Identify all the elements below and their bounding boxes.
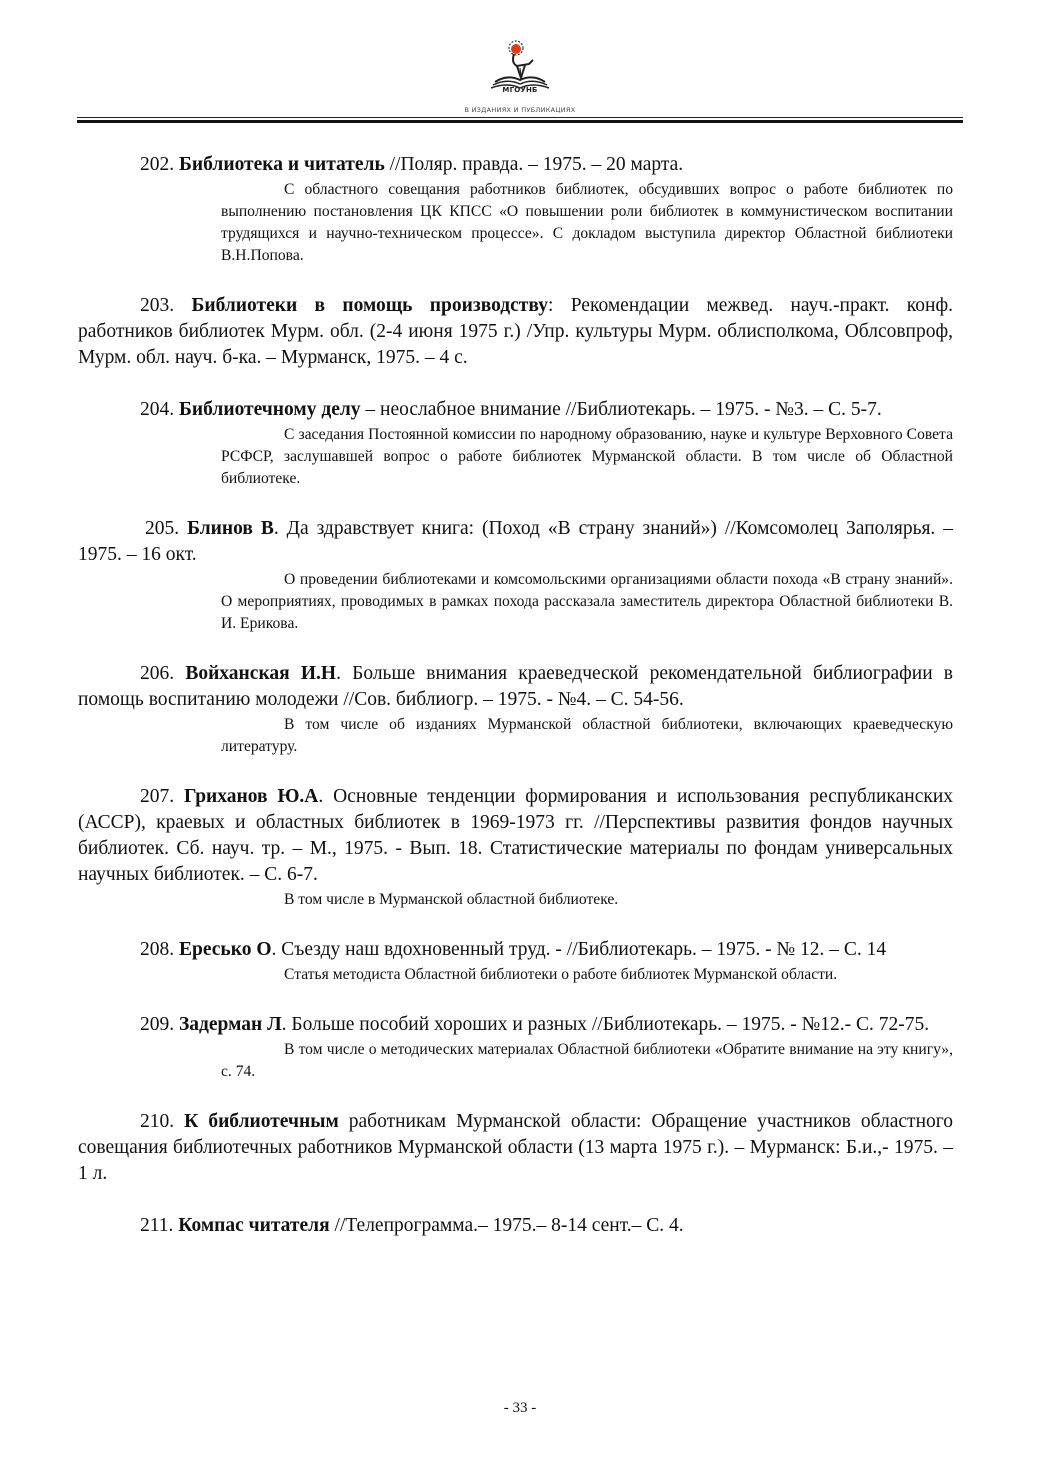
entry-title-bold: Библиотеки в помощь производству (191, 295, 548, 316)
entry-citation: 202. Библиотека и читатель //Поляр. прав… (78, 152, 953, 178)
entry-number: 202. (140, 154, 174, 175)
entry-annotation: О проведении библиотеками и комсомольски… (221, 569, 953, 635)
header-rule-thin (77, 117, 963, 118)
entry-details: //Поляр. правда. – 1975. – 20 марта. (385, 154, 683, 175)
entry-citation: 210. К библиотечным работникам Мурманско… (78, 1109, 953, 1187)
entry-title-bold: Блинов В (187, 518, 274, 539)
page-number: - 33 - (0, 1400, 1040, 1417)
entry-citation: 203. Библиотеки в помощь производству: Р… (78, 293, 953, 371)
bibliography-entry-209: 209. Задерман Л. Больше пособий хороших … (78, 1012, 953, 1083)
bibliography-list: 202. Библиотека и читатель //Поляр. прав… (78, 152, 953, 1265)
entry-citation: 211. Компас читателя //Телепрограмма.– 1… (78, 1213, 953, 1239)
entry-annotation: С областного совещания работников библио… (221, 179, 953, 267)
entry-title-bold: Войханская И.Н (185, 663, 336, 684)
header-subtitle: В ИЗДАНИЯХ И ПУБЛИКАЦИЯХ (0, 106, 1040, 114)
entry-details: – неослабное внимание //Библиотекарь. – … (361, 399, 882, 420)
entry-number: 203. (140, 295, 174, 316)
entry-number: 204. (140, 399, 174, 420)
entry-title-bold: Компас читателя (178, 1215, 329, 1236)
bibliography-entry-203: 203. Библиотеки в помощь производству: Р… (78, 293, 953, 371)
page-header: МГОУНБ В ИЗДАНИЯХ И ПУБЛИКАЦИЯХ (0, 0, 1040, 130)
entry-citation: 208. Ересько О. Съезду наш вдохновенный … (78, 937, 953, 963)
bibliography-entry-211: 211. Компас читателя //Телепрограмма.– 1… (78, 1213, 953, 1239)
bibliography-entry-205: 205. Блинов В. Да здравствует книга: (По… (78, 516, 953, 635)
entry-citation: 204. Библиотечному делу – неослабное вни… (78, 397, 953, 423)
entry-title-bold: Задерман Л (179, 1014, 282, 1035)
header-rule-thick (77, 120, 963, 123)
entry-number: 208. (140, 939, 174, 960)
bibliography-entry-210: 210. К библиотечным работникам Мурманско… (78, 1109, 953, 1187)
bibliography-entry-208: 208. Ересько О. Съезду наш вдохновенный … (78, 937, 953, 986)
entry-number: 209. (140, 1014, 174, 1035)
library-emblem-icon (487, 38, 553, 90)
entry-citation: 206. Войханская И.Н. Больше внимания кра… (78, 661, 953, 713)
entry-title-bold: К библиотечным (184, 1111, 339, 1132)
logo-caption: МГОУНБ (0, 86, 1040, 94)
entry-number: 210. (140, 1111, 174, 1132)
entry-title-bold: Библиотека и читатель (179, 154, 385, 175)
bibliography-entry-204: 204. Библиотечному делу – неослабное вни… (78, 397, 953, 490)
entry-number: 211. (140, 1215, 173, 1236)
entry-annotation: В том числе в Мурманской областной библи… (221, 889, 953, 911)
bibliography-entry-202: 202. Библиотека и читатель //Поляр. прав… (78, 152, 953, 267)
entry-citation: 205. Блинов В. Да здравствует книга: (По… (78, 516, 953, 568)
entry-annotation: С заседания Постоянной комиссии по народ… (221, 424, 953, 490)
bibliography-entry-207: 207. Гриханов Ю.А. Основные тенденции фо… (78, 784, 953, 911)
entry-number: 205. (145, 518, 179, 539)
entry-details: //Телепрограмма.– 1975.– 8-14 сент.– С. … (330, 1215, 684, 1236)
entry-title-bold: Ересько О (179, 939, 271, 960)
entry-annotation: В том числе об изданиях Мурманской облас… (221, 714, 953, 758)
bibliography-entry-206: 206. Войханская И.Н. Больше внимания кра… (78, 661, 953, 758)
entry-number: 206. (140, 663, 174, 684)
entry-details: . Больше пособий хороших и разных //Библ… (282, 1014, 929, 1035)
entry-details: . Съезду наш вдохновенный труд. - //Библ… (271, 939, 886, 960)
entry-annotation: Статья методиста Областной библиотеки о … (221, 964, 953, 986)
entry-annotation: В том числе о методических материалах Об… (221, 1039, 953, 1083)
entry-citation: 207. Гриханов Ю.А. Основные тенденции фо… (78, 784, 953, 888)
entry-title-bold: Гриханов Ю.А (184, 786, 318, 807)
entry-citation: 209. Задерман Л. Больше пособий хороших … (78, 1012, 953, 1038)
entry-title-bold: Библиотечному делу (179, 399, 361, 420)
entry-number: 207. (140, 786, 174, 807)
